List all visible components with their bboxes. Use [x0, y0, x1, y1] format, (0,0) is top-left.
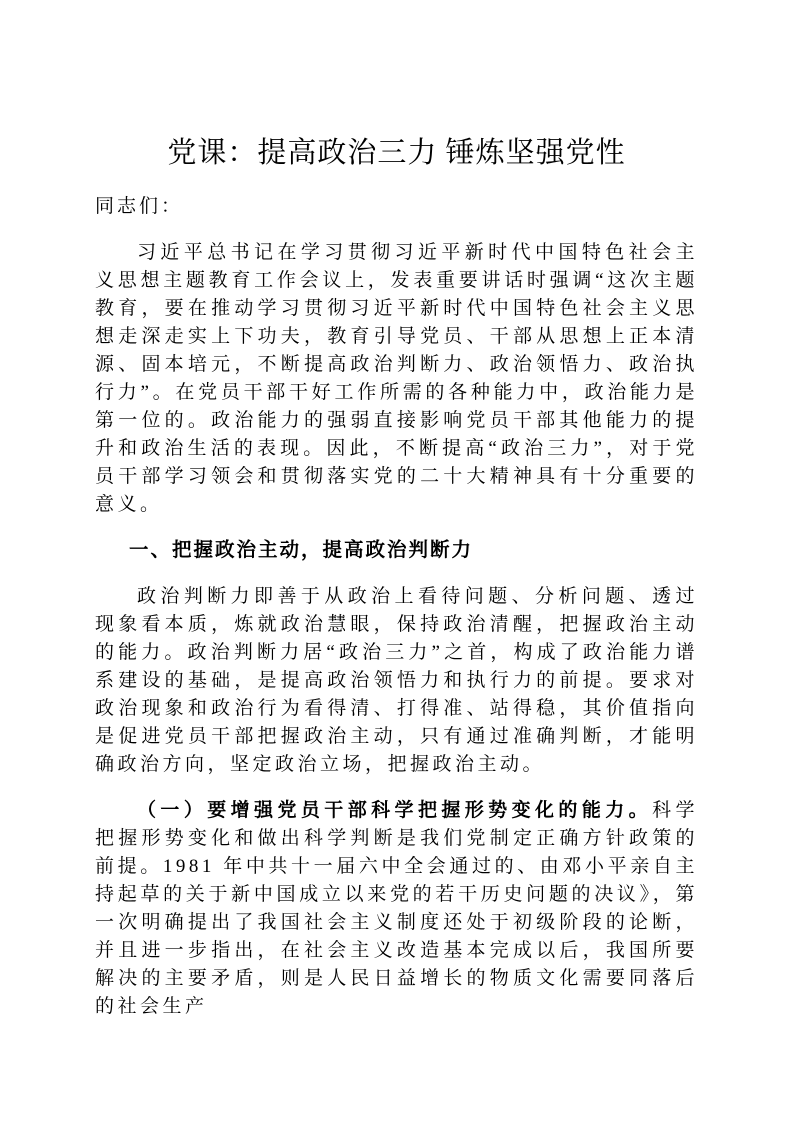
paragraph-3-bold-lead: （一）要增强党员干部科学把握形势变化的能力。: [137, 800, 652, 821]
paragraph-3: （一）要增强党员干部科学把握形势变化的能力。科学把握形势变化和做出科学判断是我们…: [95, 797, 698, 1021]
paragraph-2: 政治判断力即善于从政治上看待问题、分析问题、透过现象看本质，炼就政治慧眼，保持政…: [95, 583, 698, 779]
paragraph-1: 习近平总书记在学习贯彻习近平新时代中国特色社会主义思想主题教育工作会议上，发表重…: [95, 239, 698, 519]
document-page: 党课：提高政治三力 锤炼坚强党性 同志们： 习近平总书记在学习贯彻习近平新时代中…: [0, 0, 793, 1121]
document-title: 党课：提高政治三力 锤炼坚强党性: [95, 131, 698, 176]
salutation: 同志们：: [95, 193, 698, 221]
paragraph-3-rest: 科学把握形势变化和做出科学判断是我们党制定正确方针政策的前提。1981 年中共十…: [95, 800, 698, 1017]
section-heading-1: 一、把握政治主动，提高政治判断力: [95, 537, 698, 565]
